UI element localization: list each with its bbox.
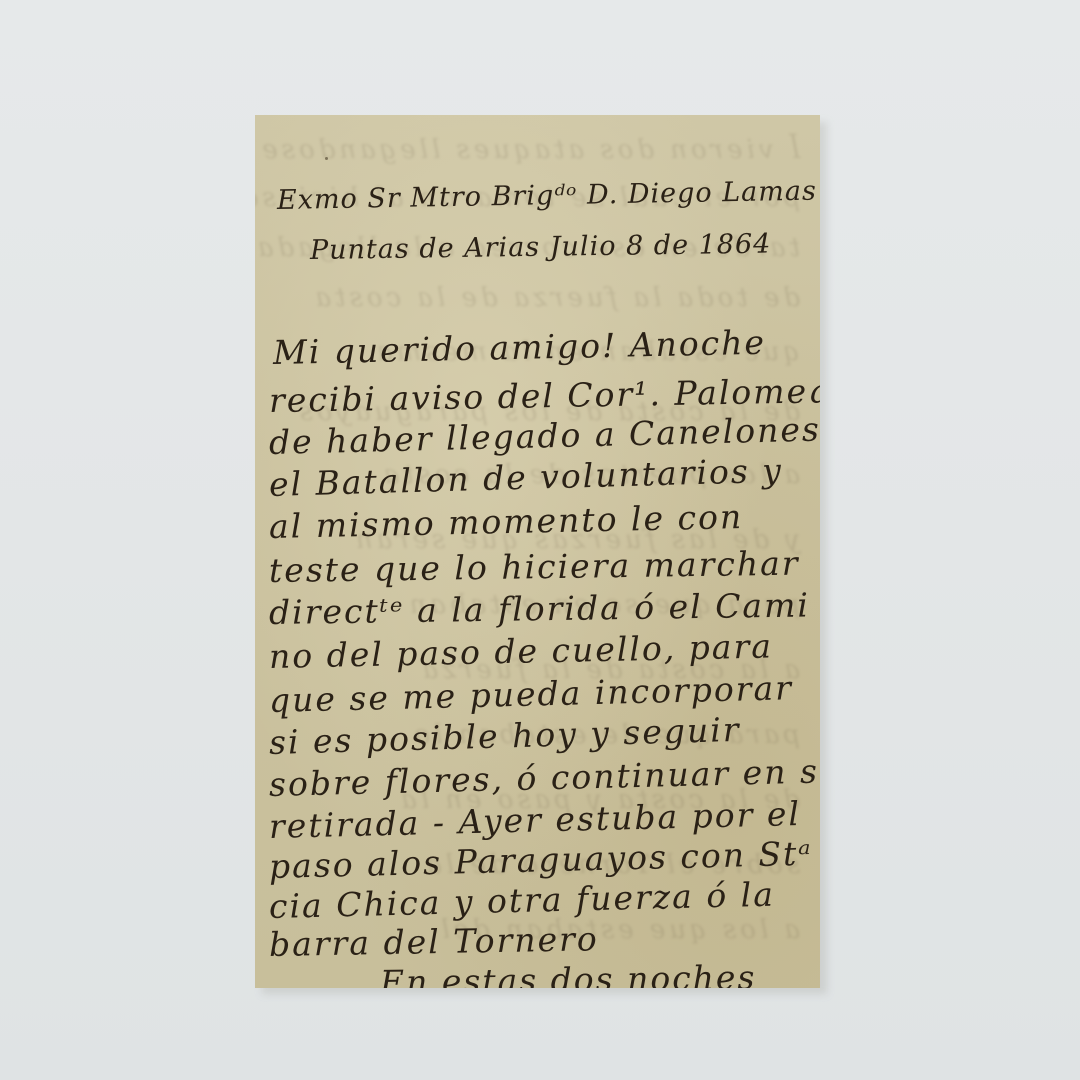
body-line-8: no del paso de cuello, para [269,626,774,676]
handwritten-letter: ꟾ vieron dos ataques llegandose por el c… [255,115,820,988]
body-line-5: al mismo momento le con [269,497,744,546]
body-line-16: En estas dos noches [380,958,757,988]
body-line-1: Mi querido amigo! Anoche [273,323,767,372]
heading-place-date: Puntas de Arias Julio 8 de 1864 [310,229,772,266]
ink-speck [325,157,328,160]
body-line-15: barra del Tornero [269,919,599,964]
body-line-7: directᵗᵉ a la florida ó el Cami [269,585,810,632]
body-line-6: teste que lo hiciera marchar [269,544,800,590]
heading-salutation: Exmo Sr Mtro Brigᵈᵒ D. Diego Lamas [277,176,817,216]
